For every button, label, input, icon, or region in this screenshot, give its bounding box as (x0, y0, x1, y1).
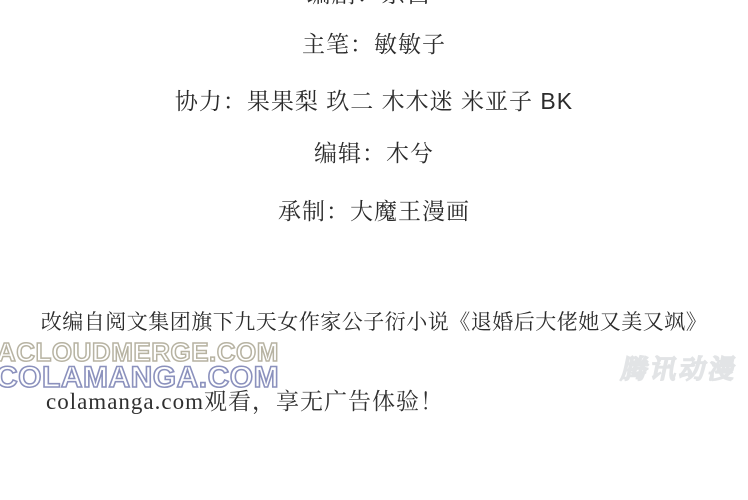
credit-line-producer: 承制：大魔王漫画 (0, 200, 748, 223)
credit-line-editor: 编辑：木兮 (0, 142, 748, 165)
adaptation-note: 改编自阅文集团旗下九天女作家公子衍小说《退婚后大佬她又美又飒》 (0, 312, 748, 333)
viewing-tip: colamanga.com观看，享无广告体验！ (46, 390, 444, 413)
credit-line-assistants: 协力：果果梨 玖二 木木迷 米亚子 BK (0, 90, 748, 113)
watermark-tencent-comics: 腾讯动漫 (619, 356, 741, 382)
comic-credits-page: 编剧：京白 主笔：敏敏子 协力：果果梨 玖二 木木迷 米亚子 BK 编辑：木兮 … (0, 0, 748, 500)
credit-line-scriptwriter-clipped: 编剧：京白 (0, 0, 748, 7)
credit-line-lead-artist: 主笔：敏敏子 (0, 33, 748, 56)
